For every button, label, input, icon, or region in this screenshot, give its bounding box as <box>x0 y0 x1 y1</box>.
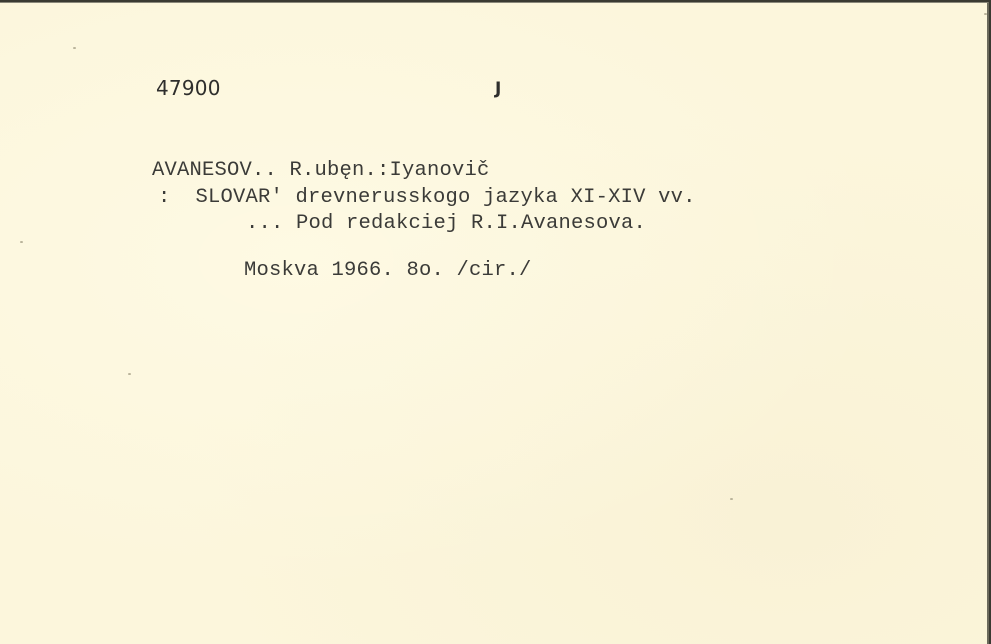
paper-speck <box>128 373 131 375</box>
paper-speck <box>73 47 76 49</box>
paper-speck <box>984 13 987 15</box>
paper-speck <box>730 498 733 500</box>
author-heading: AVANESOV.. R.ubęn.:Iyanovič <box>152 159 490 182</box>
title-line-1: : SLOVAR' drevnerusskogo jazyka XI-XIV v… <box>158 186 696 209</box>
imprint-line: Moskva 1966. 8o. /cir./ <box>244 259 532 282</box>
shelf-mark: J <box>495 79 502 99</box>
accession-number: 47900 <box>156 76 221 100</box>
catalog-card: 47900 J AVANESOV.. R.ubęn.:Iyanovič : SL… <box>0 2 989 644</box>
paper-speck <box>20 241 23 243</box>
title-line-2: ... Pod redakciej R.I.Avanesova. <box>246 212 646 235</box>
